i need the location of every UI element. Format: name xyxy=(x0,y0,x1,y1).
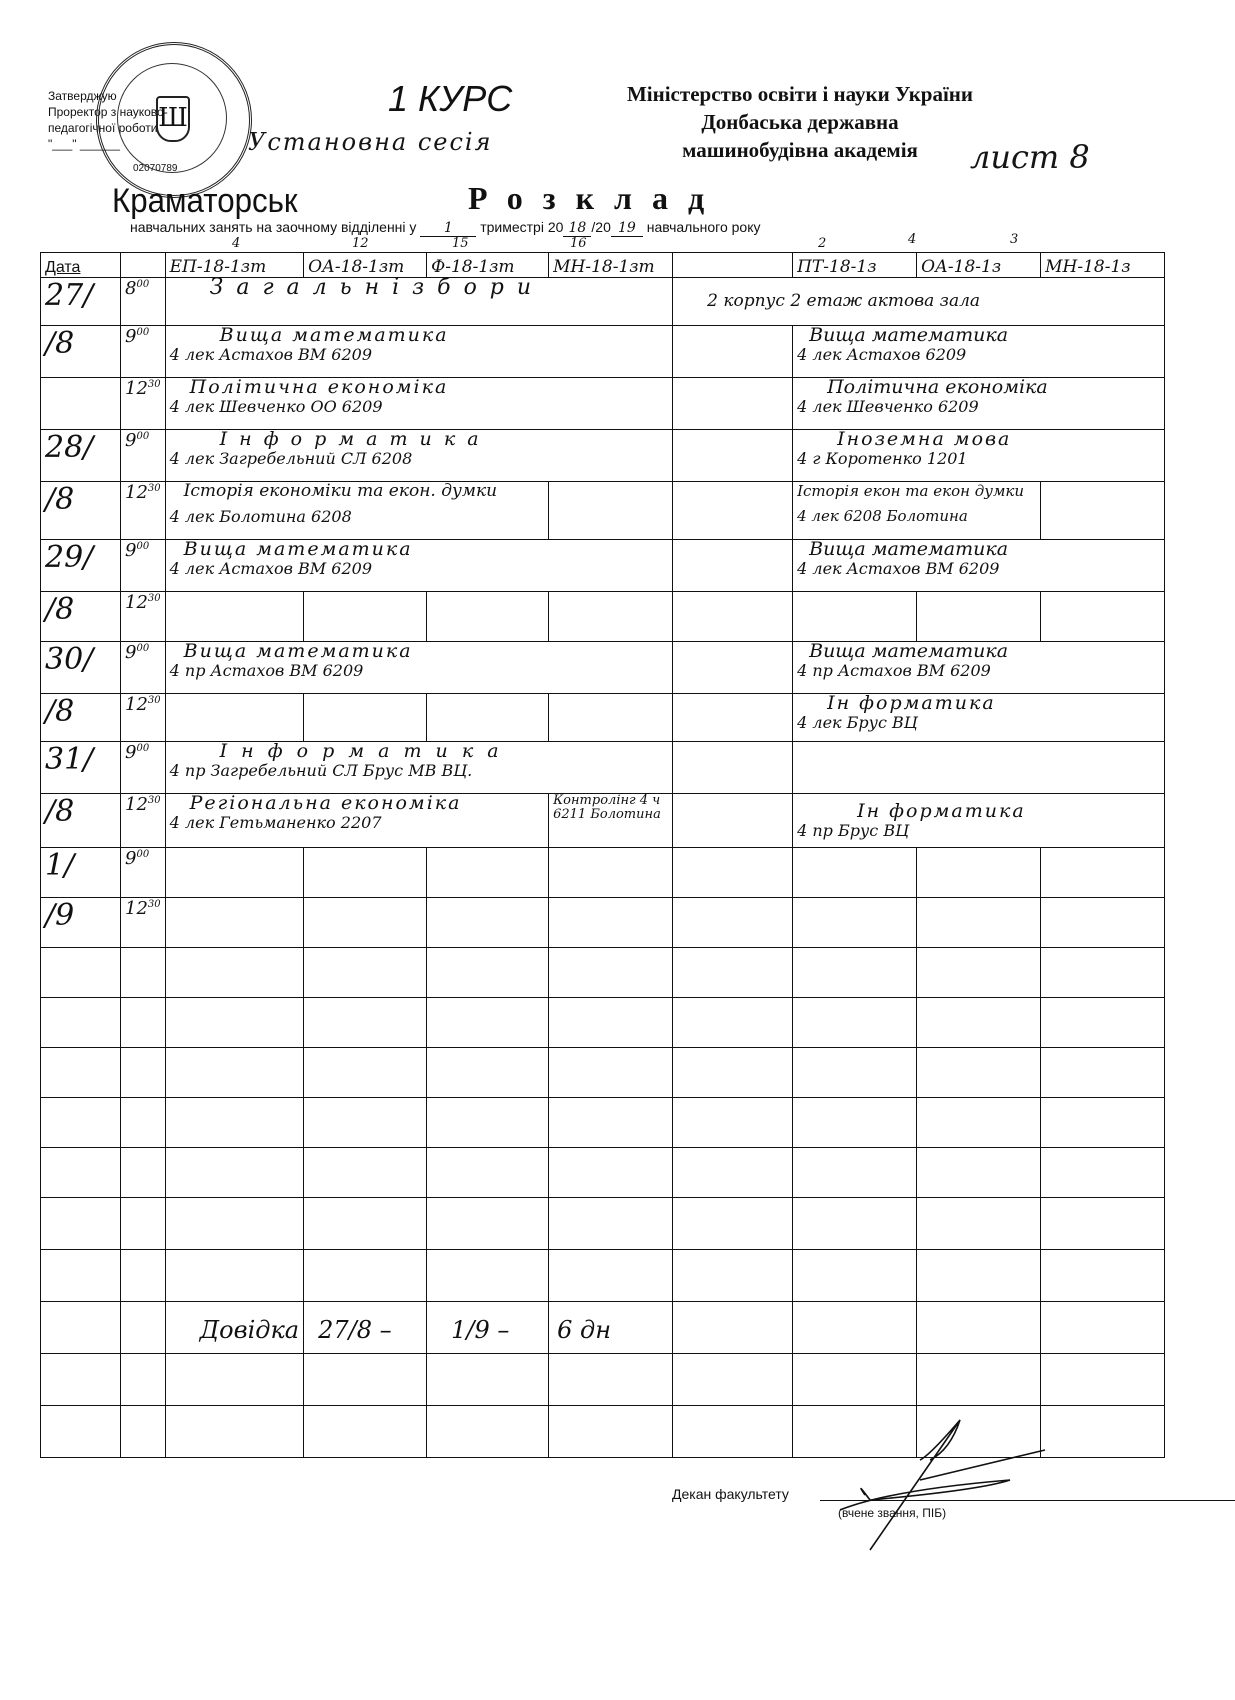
summary-row: Довідка 27/8 – 1/9 – 6 дн xyxy=(41,1302,1165,1354)
page-title: Розклад xyxy=(468,180,724,217)
note-to: 1/9 – xyxy=(427,1302,549,1354)
date-cell: 30/ xyxy=(41,642,121,694)
empty-cell xyxy=(917,592,1041,642)
course-label: 1 КУРС xyxy=(388,78,512,120)
group-header: МН-18-1зт xyxy=(549,253,673,278)
table-row: 30/ 900 Вища математика4 пр Астахов ВМ 6… xyxy=(41,642,1165,694)
empty-cell xyxy=(673,848,793,898)
empty-cell xyxy=(165,848,303,898)
lesson-details: 4 лек Шевченко ОО 6209 xyxy=(170,397,668,416)
lesson-title: І н ф о р м а т и к а xyxy=(170,430,668,449)
lesson-cell: Вища математика4 пр Астахов ВМ 6209 xyxy=(165,642,672,694)
lesson-details: 4 лек Шевченко 6209 xyxy=(797,397,1160,416)
empty-cell xyxy=(1041,898,1165,948)
lesson-title: 2 корпус 2 етаж актова зала xyxy=(677,278,1160,311)
empty-cell xyxy=(304,694,427,742)
lesson-title: Вища математика xyxy=(797,642,1160,661)
lesson-cell: Політична економіка4 лек Шевченко ОО 620… xyxy=(165,378,672,430)
year-end: 19 xyxy=(611,220,643,237)
empty-cell xyxy=(673,326,793,378)
table-row xyxy=(41,1098,1165,1148)
institution-line-1: Міністерство освіти і науки України xyxy=(570,80,1030,108)
student-count: 4 xyxy=(232,236,240,251)
table-row: /8 1230 Історія економіки та екон. думки… xyxy=(41,482,1165,540)
institution-line-2: Донбаська державна xyxy=(570,108,1030,136)
table-row: /9 1230 xyxy=(41,898,1165,948)
lesson-title: Політична економіка xyxy=(797,378,1160,397)
subtitle-suffix: навчального року xyxy=(647,219,761,235)
empty-cell xyxy=(165,694,303,742)
lesson-title: Історія екон та екон думки xyxy=(797,482,1036,501)
note-from: 27/8 – xyxy=(304,1302,427,1354)
group-header: ОА-18-1зт xyxy=(304,253,427,278)
lesson-details: 4 лек Астахов ВМ 6209 xyxy=(170,559,668,578)
time-cell: 900 xyxy=(121,742,166,794)
table-row: /8 1230 xyxy=(41,592,1165,642)
stamp-inner-ring: Ш xyxy=(117,63,227,173)
lesson-title: Ін форматика xyxy=(797,694,1160,713)
empty-cell xyxy=(673,540,793,592)
table-row xyxy=(41,1148,1165,1198)
institution-header: Міністерство освіти і науки України Донб… xyxy=(570,80,1030,164)
note-days: 6 дн xyxy=(549,1302,673,1354)
year-start: 18 xyxy=(563,220,591,237)
lesson-details: 4 лек Загребельний СЛ 6208 xyxy=(170,449,668,468)
lesson-title: Вища математика xyxy=(170,642,668,661)
lesson-title: Вища математика xyxy=(170,326,668,345)
time-cell: 900 xyxy=(121,430,166,482)
table-row xyxy=(41,1250,1165,1302)
table-row: 1230 Політична економіка4 лек Шевченко О… xyxy=(41,378,1165,430)
lesson-details: 4 лек Астахов ВМ 6209 xyxy=(170,345,668,364)
date-cell: 31/ xyxy=(41,742,121,794)
student-count: 3 xyxy=(1010,232,1018,247)
time-cell: 1230 xyxy=(121,482,166,540)
empty-cell xyxy=(793,848,917,898)
note-label: Довідка xyxy=(165,1302,303,1354)
empty-cell xyxy=(1041,848,1165,898)
table-row: 31/ 900 І н ф о р м а т и к а4 пр Загреб… xyxy=(41,742,1165,794)
lesson-cell: Історія економіки та екон. думки4 лек Бо… xyxy=(165,482,548,540)
empty-cell xyxy=(549,592,673,642)
trident-emblem-icon: Ш xyxy=(156,96,190,142)
empty-cell xyxy=(673,694,793,742)
lesson-details: 4 лек Брус ВЦ xyxy=(797,713,1160,732)
student-count: 15 xyxy=(452,236,469,251)
lesson-cell: Іноземна мова4 г Коротенко 1201 xyxy=(793,430,1165,482)
empty-cell xyxy=(673,794,793,848)
empty-cell xyxy=(304,848,427,898)
lesson-cell: Регіональна економіка4 лек Гетьманенко 2… xyxy=(165,794,548,848)
empty-cell xyxy=(427,694,549,742)
time-cell: 1230 xyxy=(121,592,166,642)
group-header: ПТ-18-1з xyxy=(793,253,917,278)
lesson-details: 4 лек Болотина 6208 xyxy=(170,501,544,526)
empty-cell xyxy=(673,378,793,430)
empty-cell xyxy=(427,898,549,948)
schedule-subtitle: навчальних занять на заочному відділенні… xyxy=(130,219,760,237)
dean-label: Декан факультету xyxy=(672,1486,789,1502)
subtitle-prefix: навчальних занять на заочному відділенні… xyxy=(130,219,416,235)
date-cell: /8 xyxy=(41,482,121,540)
lesson-cell: І н ф о р м а т и к а4 пр Загребельний С… xyxy=(165,742,672,794)
empty-cell xyxy=(1041,592,1165,642)
time-cell: 1230 xyxy=(121,378,166,430)
empty-cell xyxy=(165,592,303,642)
date-cell: /8 xyxy=(41,694,121,742)
group-header: МН-18-1з xyxy=(1041,253,1165,278)
time-cell: 1230 xyxy=(121,694,166,742)
lesson-title: Вища математика xyxy=(170,540,668,559)
city-label: Краматорськ xyxy=(112,182,298,221)
institution-line-3: машинобудівна академія xyxy=(570,136,1030,164)
lesson-title: І н ф о р м а т и к а xyxy=(170,742,668,761)
group-header: ОА-18-1з xyxy=(917,253,1041,278)
lesson-details: 4 лек Гетьманенко 2207 xyxy=(170,813,544,832)
lesson-title: Регіональна економіка xyxy=(170,794,544,813)
student-count: 16 xyxy=(570,236,587,251)
subtitle-mid: триместрі 20 xyxy=(480,219,563,235)
time-cell: 900 xyxy=(121,326,166,378)
lesson-details: 4 лек Астахов ВМ 6209 xyxy=(797,559,1160,578)
empty-cell xyxy=(793,592,917,642)
student-count: 12 xyxy=(352,236,369,251)
lesson-cell: Вища математика4 пр Астахов ВМ 6209 xyxy=(793,642,1165,694)
lesson-title: Іноземна мова xyxy=(797,430,1160,449)
table-row: 27/ 800 З а г а л ь н і з б о р и 2 корп… xyxy=(41,278,1165,326)
lesson-cell: Ін форматика4 лек Брус ВЦ xyxy=(793,694,1165,742)
time-cell: 900 xyxy=(121,540,166,592)
empty-cell xyxy=(549,482,673,540)
subtitle-sep: /20 xyxy=(591,219,610,235)
lesson-cell: З а г а л ь н і з б о р и xyxy=(165,278,672,326)
time-cell: 1230 xyxy=(121,794,166,848)
signature-icon xyxy=(810,1410,1050,1590)
table-header-row: Дата ЕП-18-1зт ОА-18-1зт Ф-18-1зт МН-18-… xyxy=(41,253,1165,278)
lesson-cell: Ін форматика4 пр Брус ВЦ xyxy=(793,794,1165,848)
empty-cell xyxy=(793,898,917,948)
empty-cell xyxy=(427,848,549,898)
lesson-details: 4 пр Астахов ВМ 6209 xyxy=(170,661,668,680)
date-cell: 27/ xyxy=(41,278,121,326)
table-row: 29/ 900 Вища математика4 лек Астахов ВМ … xyxy=(41,540,1165,592)
empty-cell xyxy=(673,898,793,948)
table-row xyxy=(41,1198,1165,1250)
lesson-title: Ін форматика xyxy=(797,794,1160,821)
table-row xyxy=(41,1354,1165,1406)
lesson-title: Вища математика xyxy=(797,540,1160,559)
empty-cell xyxy=(549,694,673,742)
group-header: Ф-18-1зт xyxy=(427,253,549,278)
time-header xyxy=(121,253,166,278)
lesson-title: Вища математика xyxy=(797,326,1160,345)
date-cell: 29/ xyxy=(41,540,121,592)
lesson-title: Політична економіка xyxy=(170,378,668,397)
empty-cell xyxy=(673,482,793,540)
lesson-cell: І н ф о р м а т и к а4 лек Загребельний … xyxy=(165,430,672,482)
lesson-details: 4 пр Загребельний СЛ Брус МВ ВЦ. xyxy=(170,761,668,780)
sheet-number: лист 8 xyxy=(970,138,1090,176)
lesson-cell: Політична економіка4 лек Шевченко 6209 xyxy=(793,378,1165,430)
table-row: /8 1230 Регіональна економіка4 лек Гетьм… xyxy=(41,794,1165,848)
lesson-cell: Контролінг 4 ч 6211 Болотина xyxy=(549,794,673,848)
empty-cell xyxy=(673,592,793,642)
lesson-details: 4 пр Астахов ВМ 6209 xyxy=(797,661,1160,680)
empty-cell xyxy=(917,898,1041,948)
table-row: /8 900 Вища математика4 лек Астахов ВМ 6… xyxy=(41,326,1165,378)
empty-cell xyxy=(304,898,427,948)
session-label: Установна сесія xyxy=(248,128,492,156)
lesson-cell: 2 корпус 2 етаж актова зала xyxy=(673,278,1165,326)
group-header xyxy=(673,253,793,278)
table-row: 28/ 900 І н ф о р м а т и к а4 лек Загре… xyxy=(41,430,1165,482)
date-cell: 1/ xyxy=(41,848,121,898)
student-count: 4 xyxy=(908,232,916,247)
group-header: ЕП-18-1зт xyxy=(165,253,303,278)
date-cell: /8 xyxy=(41,592,121,642)
lesson-cell: Вища математика4 лек Астахов 6209 xyxy=(793,326,1165,378)
empty-cell xyxy=(673,742,793,794)
empty-cell xyxy=(673,642,793,694)
empty-cell xyxy=(427,592,549,642)
empty-cell xyxy=(673,430,793,482)
time-cell: 900 xyxy=(121,848,166,898)
date-cell: 28/ xyxy=(41,430,121,482)
lesson-details: 4 г Коротенко 1201 xyxy=(797,449,1160,468)
schedule-table: Дата ЕП-18-1зт ОА-18-1зт Ф-18-1зт МН-18-… xyxy=(40,252,1165,1458)
date-cell xyxy=(41,378,121,430)
empty-cell xyxy=(165,898,303,948)
lesson-details: 4 лек 6208 Болотина xyxy=(797,501,1036,526)
lesson-title: Історія економіки та екон. думки xyxy=(170,482,544,501)
empty-cell xyxy=(549,848,673,898)
lesson-cell: Вища математика4 лек Астахов ВМ 6209 xyxy=(165,326,672,378)
table-row: /8 1230 Ін форматика4 лек Брус ВЦ xyxy=(41,694,1165,742)
stamp-code: 02070789 xyxy=(133,163,178,174)
lesson-title: З а г а л ь н і з б о р и xyxy=(170,278,668,297)
lesson-cell: Історія екон та екон думки4 лек 6208 Бол… xyxy=(793,482,1041,540)
table-row: 1/ 900 xyxy=(41,848,1165,898)
date-cell: /8 xyxy=(41,326,121,378)
lesson-cell: Вища математика4 лек Астахов ВМ 6209 xyxy=(165,540,672,592)
date-header: Дата xyxy=(41,253,121,278)
empty-cell xyxy=(917,848,1041,898)
student-count: 2 xyxy=(818,236,826,251)
table-row xyxy=(41,1048,1165,1098)
lesson-cell: Вища математика4 лек Астахов ВМ 6209 xyxy=(793,540,1165,592)
empty-cell xyxy=(1041,482,1165,540)
empty-cell xyxy=(549,898,673,948)
official-stamp: Ш 02070789 xyxy=(96,42,252,198)
time-cell: 800 xyxy=(121,278,166,326)
empty-cell xyxy=(793,742,1165,794)
time-cell: 1230 xyxy=(121,898,166,948)
table-row xyxy=(41,998,1165,1048)
date-cell: /9 xyxy=(41,898,121,948)
empty-cell xyxy=(304,592,427,642)
time-cell: 900 xyxy=(121,642,166,694)
table-row xyxy=(41,948,1165,998)
date-cell: /8 xyxy=(41,794,121,848)
lesson-details: 4 пр Брус ВЦ xyxy=(797,821,1160,840)
trimester-number: 1 xyxy=(420,220,476,237)
lesson-details: 4 лек Астахов 6209 xyxy=(797,345,1160,364)
